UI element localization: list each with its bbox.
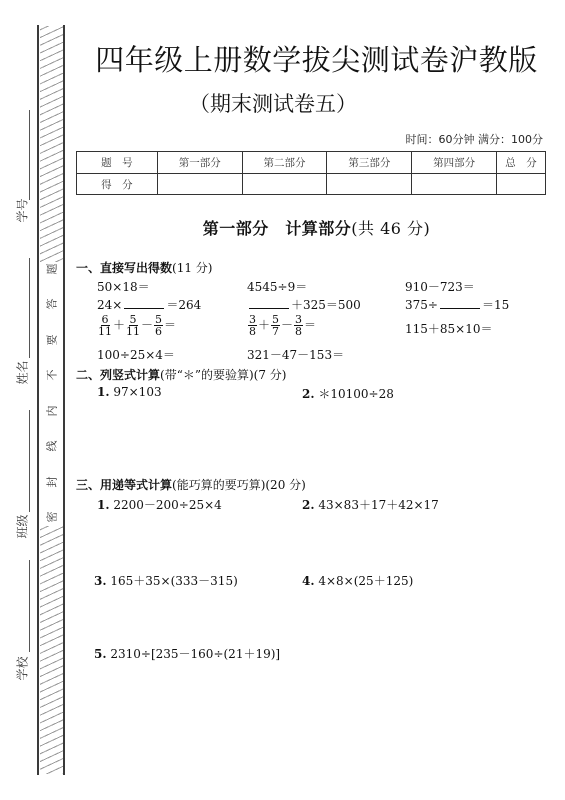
expr-part: ＋325＝500 (291, 298, 361, 312)
section-2-note: (带“＊”的要验算)(7 分) (160, 368, 286, 382)
question: 910－723＝ (405, 278, 475, 295)
question: 2. 43×83＋17＋42×17 (302, 496, 439, 513)
fraction: 38 (294, 314, 303, 337)
score-cell-part4[interactable] (412, 174, 497, 195)
score-cell-part3[interactable] (327, 174, 412, 195)
question: 375÷＝15 (405, 296, 509, 313)
seal-char: 线 (45, 441, 59, 452)
header-cell: 第一部分 (157, 152, 242, 174)
class-label: 班级 (14, 514, 31, 538)
question: 3. 165＋35×(333－315) (94, 572, 238, 589)
page-subtitle: （期末测试卷五） (68, 88, 478, 118)
binding-line-right (63, 25, 65, 775)
seal-char: 内 (45, 405, 59, 416)
score-table-header: 题 号 第一部分 第二部分 第三部分 第四部分 总 分 (77, 152, 546, 174)
seal-char: 封 (45, 476, 59, 487)
question-fraction: 611＋511－56＝ (97, 314, 176, 337)
expr-part: ＝15 (482, 298, 509, 312)
answer-blank[interactable] (249, 297, 289, 309)
class-field[interactable] (29, 410, 30, 512)
header-cell: 第三部分 (327, 152, 412, 174)
section-1-title: 一、直接写出得数 (76, 261, 172, 275)
question: 24×＝264 (97, 296, 201, 313)
question: 1. 2200－200÷25×4 (97, 496, 222, 513)
seal-char: 答 (45, 299, 59, 310)
seal-char: 不 (45, 370, 59, 381)
header-cell: 第四部分 (412, 152, 497, 174)
section-3-heading: 三、用递等式计算(能巧算的要巧算)(20 分) (76, 476, 306, 493)
fraction: 511 (126, 314, 140, 337)
page-title: 四年级上册数学拔尖测试卷沪教版 (68, 38, 565, 79)
question-fraction: 38＋57－38＝ (247, 314, 316, 337)
row-label: 得 分 (77, 174, 158, 195)
question: 100÷25×4＝ (97, 346, 175, 363)
student-id-label: 学号 (14, 198, 31, 222)
fraction: 611 (98, 314, 112, 337)
question: 2. ＊10100÷28 (302, 385, 394, 402)
part-title: 第一部分 计算部分(共 46 分) (68, 216, 565, 239)
answer-area[interactable] (76, 402, 546, 472)
question: 4545÷9＝ (247, 278, 307, 295)
score-table-row: 得 分 (77, 174, 546, 195)
header-cell: 总 分 (497, 152, 546, 174)
school-field[interactable] (29, 560, 30, 652)
part-title-text: 第一部分 计算部分 (203, 219, 352, 238)
student-id-field[interactable] (29, 110, 30, 200)
exam-meta: 时间：60分钟 满分：100分 (406, 131, 544, 147)
question: 4. 4×8×(25＋125) (302, 572, 413, 589)
fraction: 38 (248, 314, 257, 337)
seal-line-text: 题 答 要 不 内 线 封 密 (41, 262, 63, 524)
score-cell-total[interactable] (497, 174, 546, 195)
answer-blank[interactable] (440, 297, 480, 309)
expr-part: 24× (97, 298, 122, 312)
section-2-title: 二、列竖式计算 (76, 368, 160, 382)
part-points: (共 46 分) (351, 219, 430, 238)
expr-part: 375÷ (405, 298, 438, 312)
section-3-title: 三、用递等式计算 (76, 478, 172, 492)
score-table: 题 号 第一部分 第二部分 第三部分 第四部分 总 分 得 分 (76, 151, 546, 195)
header-cell: 题 号 (77, 152, 158, 174)
answer-blank[interactable] (124, 297, 164, 309)
binding-hatch-bottom (40, 526, 63, 774)
fraction: 57 (271, 314, 280, 337)
school-label: 学校 (14, 656, 31, 680)
question: 1. 97×103 (97, 385, 162, 399)
seal-char: 密 (45, 511, 59, 522)
question: 5. 2310÷[235－160÷(21＋19)] (94, 645, 280, 662)
binding-hatch-top (40, 26, 63, 262)
header-cell: 第二部分 (242, 152, 327, 174)
question: 50×18＝ (97, 278, 150, 295)
section-3-note: (能巧算的要巧算)(20 分) (172, 478, 306, 492)
score-cell-part1[interactable] (157, 174, 242, 195)
seal-char: 题 (45, 264, 59, 275)
section-1-heading: 一、直接写出得数(11 分) (76, 259, 212, 276)
section-2-heading: 二、列竖式计算(带“＊”的要验算)(7 分) (76, 366, 286, 383)
name-field[interactable] (29, 258, 30, 358)
score-cell-part2[interactable] (242, 174, 327, 195)
question: 115＋85×10＝ (405, 320, 493, 337)
binding-line-left (37, 25, 39, 775)
expr-part: ＝264 (166, 298, 201, 312)
section-1-points: (11 分) (172, 261, 212, 275)
question: ＋325＝500 (247, 296, 361, 313)
name-label: 姓名 (14, 360, 31, 384)
question: 321－47－153＝ (247, 346, 344, 363)
seal-char: 要 (45, 334, 59, 345)
fraction: 56 (154, 314, 163, 337)
